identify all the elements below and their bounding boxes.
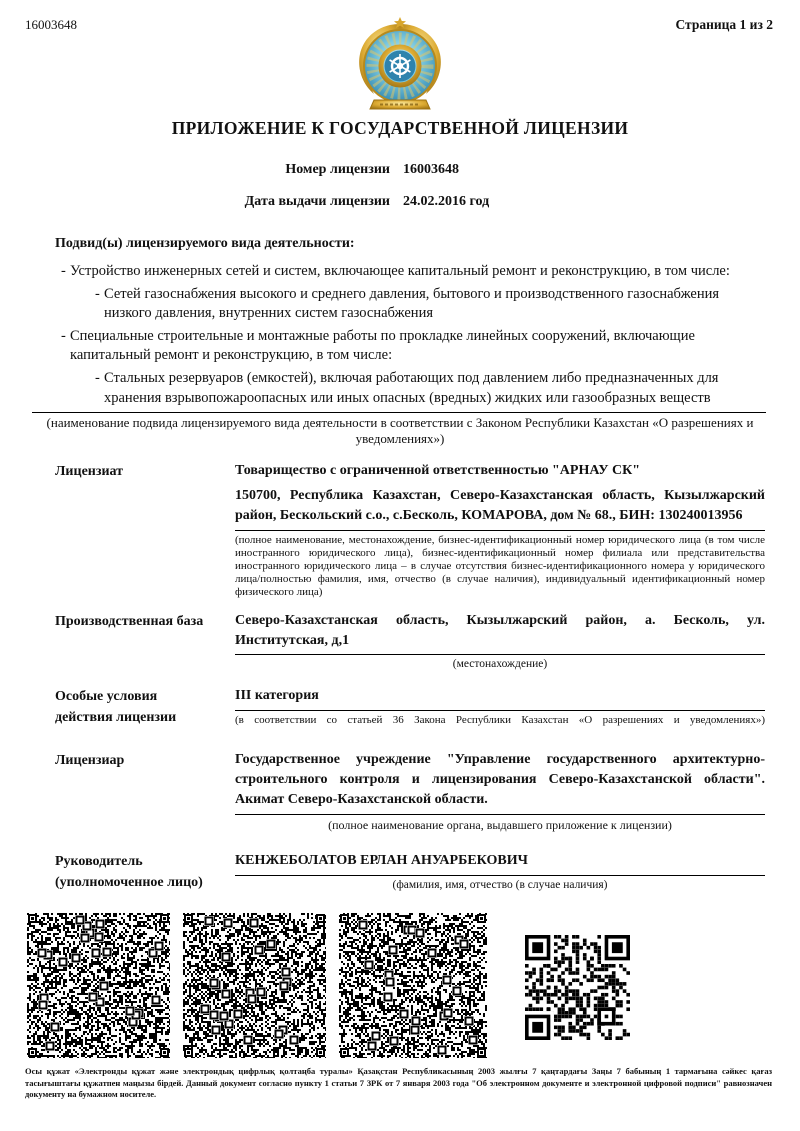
kazakhstan-emblem-icon bbox=[350, 16, 450, 120]
head-person-label-line1: Руководитель bbox=[55, 851, 225, 872]
production-base-section: Производственная база Северо-Казахстанск… bbox=[55, 611, 765, 672]
document-number: 16003648 bbox=[25, 17, 77, 33]
head-person-value: КЕНЖЕБОЛАТОВ ЕРЛАН АНУАРБЕКОВИЧ bbox=[235, 851, 765, 871]
datamatrix-barcode-2-icon bbox=[183, 913, 326, 1058]
list-item: Специальные строительные и монтажные раб… bbox=[61, 327, 742, 365]
special-conditions-label: Особые условия действия лицензии bbox=[55, 686, 235, 728]
license-number-row: Номер лицензии 16003648 bbox=[0, 161, 800, 180]
licensee-caption: (полное наименование, местонахождение, б… bbox=[235, 530, 765, 599]
license-date-row: Дата выдачи лицензии 24.02.2016 год bbox=[0, 193, 800, 212]
license-number-value: 16003648 bbox=[403, 161, 459, 180]
production-base-caption: (местонахождение) bbox=[235, 654, 765, 672]
head-person-label: Руководитель (уполномоченное лицо) bbox=[55, 851, 235, 893]
license-date-value: 24.02.2016 год bbox=[403, 193, 489, 212]
qr-code-icon bbox=[525, 935, 630, 1040]
qr-code-wrap bbox=[525, 935, 630, 1040]
head-person-caption: (фамилия, имя, отчество (в случае наличи… bbox=[235, 875, 765, 893]
datamatrix-barcode-1-icon bbox=[27, 913, 170, 1058]
list-item: Стальных резервуаров (емкостей), включая… bbox=[95, 369, 762, 407]
licensee-label: Лицензиат bbox=[55, 461, 235, 598]
divider-line bbox=[32, 412, 766, 413]
licensor-value: Государственное учреждение "Управление г… bbox=[235, 750, 765, 810]
license-date-label: Дата выдачи лицензии bbox=[0, 193, 390, 212]
license-appendix-page: 16003648 bbox=[0, 0, 800, 1131]
datamatrix-barcode-3-icon bbox=[339, 913, 487, 1058]
subtypes-caption: (наименование подвида лицензируемого вид… bbox=[45, 415, 755, 448]
list-item: Сетей газоснабжения высокого и среднего … bbox=[95, 285, 762, 323]
subtypes-list: Устройство инженерных сетей и систем, вк… bbox=[0, 262, 800, 408]
license-number-label: Номер лицензии bbox=[0, 161, 390, 180]
subtypes-heading: Подвид(ы) лицензируемого вида деятельнос… bbox=[55, 236, 765, 252]
special-conditions-section: Особые условия действия лицензии III кат… bbox=[55, 686, 765, 728]
list-item: Устройство инженерных сетей и систем, вк… bbox=[61, 262, 742, 281]
special-conditions-value: III категория bbox=[235, 686, 765, 706]
signature-codes bbox=[0, 913, 800, 1058]
head-person-section: Руководитель (уполномоченное лицо) КЕНЖЕ… bbox=[55, 851, 765, 893]
licensor-label: Лицензиар bbox=[55, 750, 235, 833]
page-title: ПРИЛОЖЕНИЕ К ГОСУДАРСТВЕННОЙ ЛИЦЕНЗИИ bbox=[0, 118, 800, 139]
legal-footnote: Осы құжат «Электронды құжат және электро… bbox=[25, 1066, 772, 1100]
page-header: 16003648 bbox=[0, 0, 800, 112]
special-conditions-label-line2: действия лицензии bbox=[55, 707, 225, 728]
licensor-section: Лицензиар Государственное учреждение "Уп… bbox=[55, 750, 765, 833]
production-base-label: Производственная база bbox=[55, 611, 235, 672]
head-person-label-line2: (уполномоченное лицо) bbox=[55, 872, 225, 893]
special-conditions-label-line1: Особые условия bbox=[55, 686, 225, 707]
licensor-caption: (полное наименование органа, выдавшего п… bbox=[235, 814, 765, 834]
licensee-name: Товарищество с ограниченной ответственно… bbox=[235, 461, 765, 481]
production-base-value: Северо-Казахстанская область, Кызылжарск… bbox=[235, 611, 765, 651]
licensee-section: Лицензиат Товарищество с ограниченной от… bbox=[55, 461, 765, 598]
page-indicator: Страница 1 из 2 bbox=[675, 17, 773, 33]
licensee-address: 150700, Республика Казахстан, Северо-Каз… bbox=[235, 486, 765, 526]
special-conditions-caption: (в соответствии со статьей 36 Закона Рес… bbox=[235, 710, 765, 727]
